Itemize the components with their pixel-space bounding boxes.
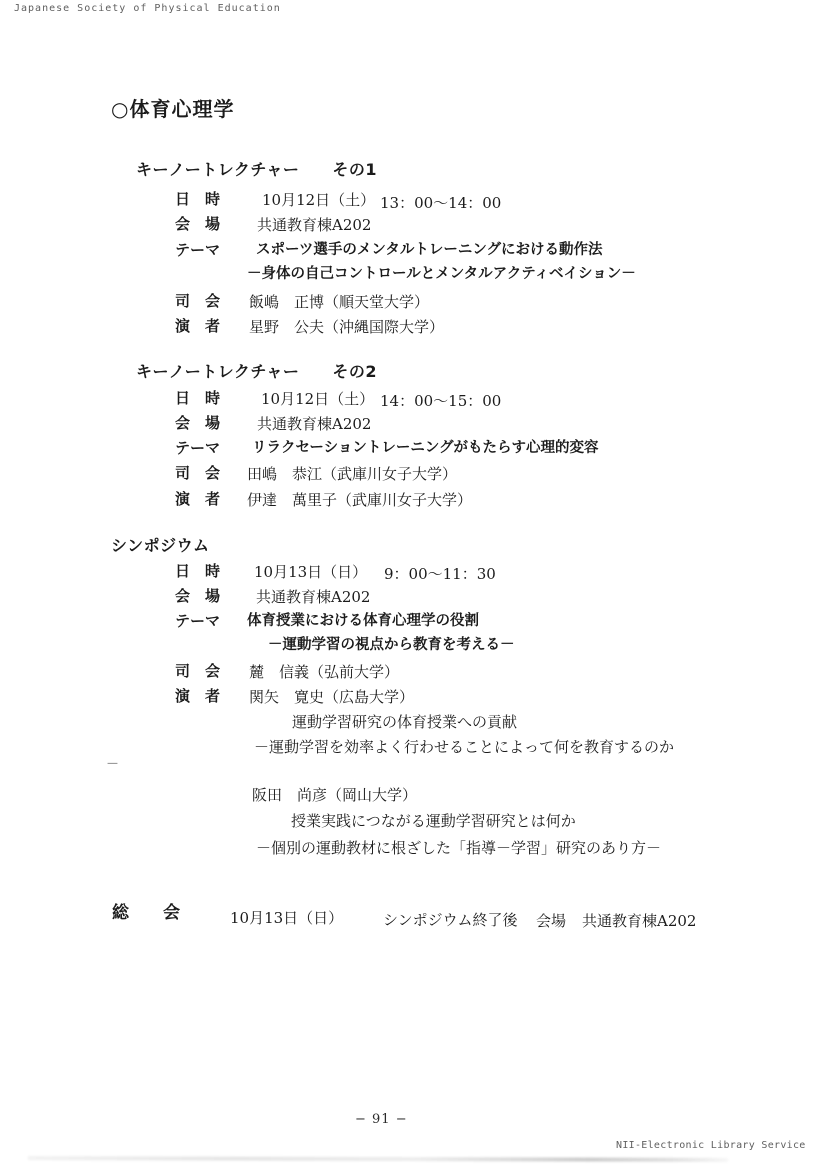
symposium-venue-value: 共通教育棟A202 [256, 588, 370, 606]
symposium-venue-label: 会 場 [175, 587, 220, 605]
keynote1-date-value: 10月12日（土） [262, 191, 375, 209]
symposium-theme-subtitle: －運動学習の視点から教育を考える－ [268, 637, 515, 654]
symposium-speaker2-name: 阪田 尚彦（岡山大学） [252, 786, 417, 804]
symposium-theme-label: テーマ [175, 612, 220, 630]
keynote2-time-value: 14：00～15：00 [380, 392, 501, 410]
keynote1-venue-label: 会 場 [175, 215, 220, 233]
keynote1-theme-value: スポーツ選手のメンタルトレーニングにおける動作法 [256, 242, 603, 259]
general-meeting-note: シンポジウム終了後 [383, 911, 517, 929]
keynote1-chair-label: 司 会 [175, 292, 220, 310]
symposium-speaker2-talk-title: 授業実践につながる運動学習研究とは何か [291, 812, 576, 830]
keynote1-venue-value: 共通教育棟A202 [257, 216, 371, 234]
general-meeting-venue-label: 会場 [536, 912, 566, 930]
symposium-chair-value: 麓 信義（弘前大学） [249, 663, 399, 681]
symposium-speaker1-talk-subtitle: －運動学習を効率よく行わせることによって何を教育するのか [254, 738, 674, 756]
keynote2-chair-value: 田嶋 恭江（武庫川女子大学） [247, 465, 457, 483]
library-service-note: NII-Electronic Library Service [616, 1140, 806, 1152]
keynote2-speaker-value: 伊達 萬里子（武庫川女子大学） [247, 491, 472, 509]
keynote1-theme-label: テーマ [175, 241, 220, 259]
scan-header-note: Japanese Society of Physical Education [14, 3, 281, 15]
symposium-speaker-label: 演 者 [175, 687, 220, 705]
keynote2-theme-label: テーマ [175, 439, 220, 457]
general-meeting-date: 10月13日（日） [230, 909, 343, 927]
keynote2-venue-label: 会 場 [175, 414, 220, 432]
keynote1-datetime-label: 日 時 [175, 190, 220, 208]
symposium-theme-value: 体育授業における体育心理学の役割 [247, 613, 479, 630]
page-title: ○体育心理学 [111, 97, 234, 121]
keynote1-speaker-label: 演 者 [175, 317, 220, 335]
symposium-speaker2-talk-subtitle: －個別の運動教材に根ざした「指導－学習」研究のあり方－ [256, 839, 661, 857]
keynote2-venue-value: 共通教育棟A202 [257, 415, 371, 433]
symposium-datetime-label: 日 時 [175, 562, 220, 580]
symposium-date-value: 10月13日（日） [254, 563, 367, 581]
symposium-chair-label: 司 会 [175, 662, 220, 680]
symposium-time-value: 9：00～11：30 [384, 565, 496, 583]
keynote1-chair-value: 飯嶋 正博（順天堂大学） [249, 293, 429, 311]
keynote2-speaker-label: 演 者 [175, 490, 220, 508]
symposium-speaker1-name: 関矢 寛史（広島大学） [249, 688, 414, 706]
keynote2-theme-value: リラクセーショントレーニングがもたらす心理的変容 [252, 440, 599, 457]
scan-artifact-line [28, 1156, 728, 1162]
symposium-speaker1-talk-title: 運動学習研究の体育授業への貢献 [292, 713, 517, 731]
general-meeting-label: 総 会 [112, 903, 180, 923]
stray-dash-mark: － [106, 757, 119, 773]
scanned-document-page: Japanese Society of Physical Education ○… [0, 0, 827, 1170]
keynote2-datetime-label: 日 時 [175, 389, 220, 407]
keynote2-heading: キーノートレクチャー その2 [136, 362, 377, 381]
keynote2-date-value: 10月12日（土） [261, 390, 374, 408]
page-number: − 91 − [355, 1112, 408, 1128]
keynote1-heading: キーノートレクチャー その1 [136, 160, 377, 179]
keynote2-chair-label: 司 会 [175, 464, 220, 482]
general-meeting-venue: 共通教育棟A202 [582, 912, 696, 930]
keynote1-speaker-value: 星野 公夫（沖縄国際大学） [249, 318, 444, 336]
keynote1-theme-subtitle: －身体の自己コントロールとメンタルアクティベイション－ [247, 266, 636, 283]
symposium-heading: シンポジウム [111, 536, 209, 555]
keynote1-time-value: 13：00～14：00 [380, 194, 501, 212]
